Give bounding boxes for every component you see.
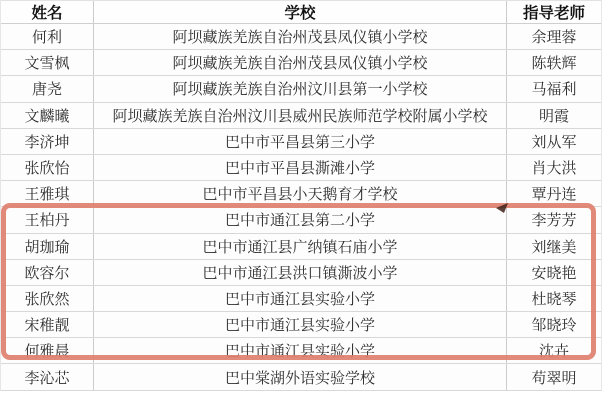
table-screenshot: 姓名 学校 指导老师 何利 阿坝藏族羌族自治州茂县凤仪镇小学校 余理蓉 文雪枫 … bbox=[0, 0, 602, 394]
table-header-row: 姓名 学校 指导老师 bbox=[1, 0, 601, 24]
table-row: 胡珈瑜 巴中市通江县广纳镇石庙小学 刘继美 bbox=[1, 234, 601, 260]
table-row: 张欣怡 巴中市平昌县澌滩小学 肖大洪 bbox=[1, 155, 601, 181]
cell-school: 巴中市平昌县第三小学 bbox=[94, 129, 507, 154]
table-row: 文麟曦 阿坝藏族羌族自治州汶川县威州民族师范学校附属小学校 明霞 bbox=[1, 103, 601, 129]
cell-teacher: 余理蓉 bbox=[507, 24, 601, 49]
cell-school: 巴中市通江县广纳镇石庙小学 bbox=[94, 234, 507, 259]
cell-teacher: 杜晓琴 bbox=[507, 286, 601, 311]
table-row: 何利 阿坝藏族羌族自治州茂县凤仪镇小学校 余理蓉 bbox=[1, 24, 601, 50]
award-table: 姓名 学校 指导老师 何利 阿坝藏族羌族自治州茂县凤仪镇小学校 余理蓉 文雪枫 … bbox=[0, 0, 602, 391]
cell-teacher: 刘继美 bbox=[507, 234, 601, 259]
table-row: 李沁芯 巴中棠湖外语实验学校 苟翠明 bbox=[1, 364, 601, 390]
cell-name: 李沁芯 bbox=[1, 364, 94, 389]
cell-school: 阿坝藏族羌族自治州茂县凤仪镇小学校 bbox=[94, 50, 507, 75]
table-row: 张欣然 巴中市通江县实验小学 杜晓琴 bbox=[1, 286, 601, 312]
cell-teacher: 明霞 bbox=[507, 103, 601, 128]
table-row: 李济坤 巴中市平昌县第三小学 刘从军 bbox=[1, 129, 601, 155]
table-row: 王雅琪 巴中市平昌县小天鹅育才学校 覃丹连 bbox=[1, 181, 601, 207]
column-header-name: 姓名 bbox=[1, 1, 94, 23]
table-row: 何雅晨 巴中市通江县实验小学 沈卉 bbox=[1, 338, 601, 364]
cell-teacher: 覃丹连 bbox=[507, 181, 601, 206]
cell-name: 张欣怡 bbox=[1, 155, 94, 180]
cell-name: 文麟曦 bbox=[1, 103, 94, 128]
cell-name: 张欣然 bbox=[1, 286, 94, 311]
cell-teacher: 马福利 bbox=[507, 76, 601, 101]
cell-school: 巴中市通江县洪口镇澌波小学 bbox=[94, 260, 507, 285]
cell-name: 李济坤 bbox=[1, 129, 94, 154]
cell-name: 文雪枫 bbox=[1, 50, 94, 75]
cell-school: 巴中市通江县实验小学 bbox=[94, 338, 507, 363]
cell-name: 胡珈瑜 bbox=[1, 234, 94, 259]
cell-school: 巴中市通江县实验小学 bbox=[94, 286, 507, 311]
cell-name: 王雅琪 bbox=[1, 181, 94, 206]
cell-school: 阿坝藏族羌族自治州汶川县威州民族师范学校附属小学校 bbox=[94, 103, 507, 128]
table-row: 文雪枫 阿坝藏族羌族自治州茂县凤仪镇小学校 陈轶辉 bbox=[1, 50, 601, 76]
cell-school: 巴中市通江县第二小学 bbox=[94, 207, 507, 232]
cell-name: 何雅晨 bbox=[1, 338, 94, 363]
table-row: 王柏丹 巴中市通江县第二小学 李芳芳 bbox=[1, 207, 601, 233]
cell-teacher: 邹晓玲 bbox=[507, 312, 601, 337]
cell-teacher: 安晓艳 bbox=[507, 260, 601, 285]
cell-name: 唐尧 bbox=[1, 76, 94, 101]
column-header-teacher: 指导老师 bbox=[507, 1, 601, 23]
cell-teacher: 刘从军 bbox=[507, 129, 601, 154]
cell-school: 巴中市通江县实验小学 bbox=[94, 312, 507, 337]
cell-teacher: 沈卉 bbox=[507, 338, 601, 363]
cell-teacher: 李芳芳 bbox=[507, 207, 601, 232]
cell-teacher: 陈轶辉 bbox=[507, 50, 601, 75]
cell-school: 巴中市平昌县小天鹅育才学校 bbox=[94, 181, 507, 206]
column-header-school: 学校 bbox=[94, 1, 507, 23]
table-row: 欧容尔 巴中市通江县洪口镇澌波小学 安晓艳 bbox=[1, 260, 601, 286]
cell-school: 巴中市平昌县澌滩小学 bbox=[94, 155, 507, 180]
cell-school: 阿坝藏族羌族自治州汶川县第一小学校 bbox=[94, 76, 507, 101]
table-row: 宋稚靓 巴中市通江县实验小学 邹晓玲 bbox=[1, 312, 601, 338]
cell-name: 王柏丹 bbox=[1, 207, 94, 232]
cell-name: 宋稚靓 bbox=[1, 312, 94, 337]
table-row: 唐尧 阿坝藏族羌族自治州汶川县第一小学校 马福利 bbox=[1, 76, 601, 102]
cell-school: 阿坝藏族羌族自治州茂县凤仪镇小学校 bbox=[94, 24, 507, 49]
cell-name: 何利 bbox=[1, 24, 94, 49]
cell-teacher: 肖大洪 bbox=[507, 155, 601, 180]
cell-name: 欧容尔 bbox=[1, 260, 94, 285]
table-body: 何利 阿坝藏族羌族自治州茂县凤仪镇小学校 余理蓉 文雪枫 阿坝藏族羌族自治州茂县… bbox=[1, 24, 601, 391]
cell-teacher: 苟翠明 bbox=[507, 364, 601, 389]
cell-school: 巴中棠湖外语实验学校 bbox=[94, 364, 507, 389]
